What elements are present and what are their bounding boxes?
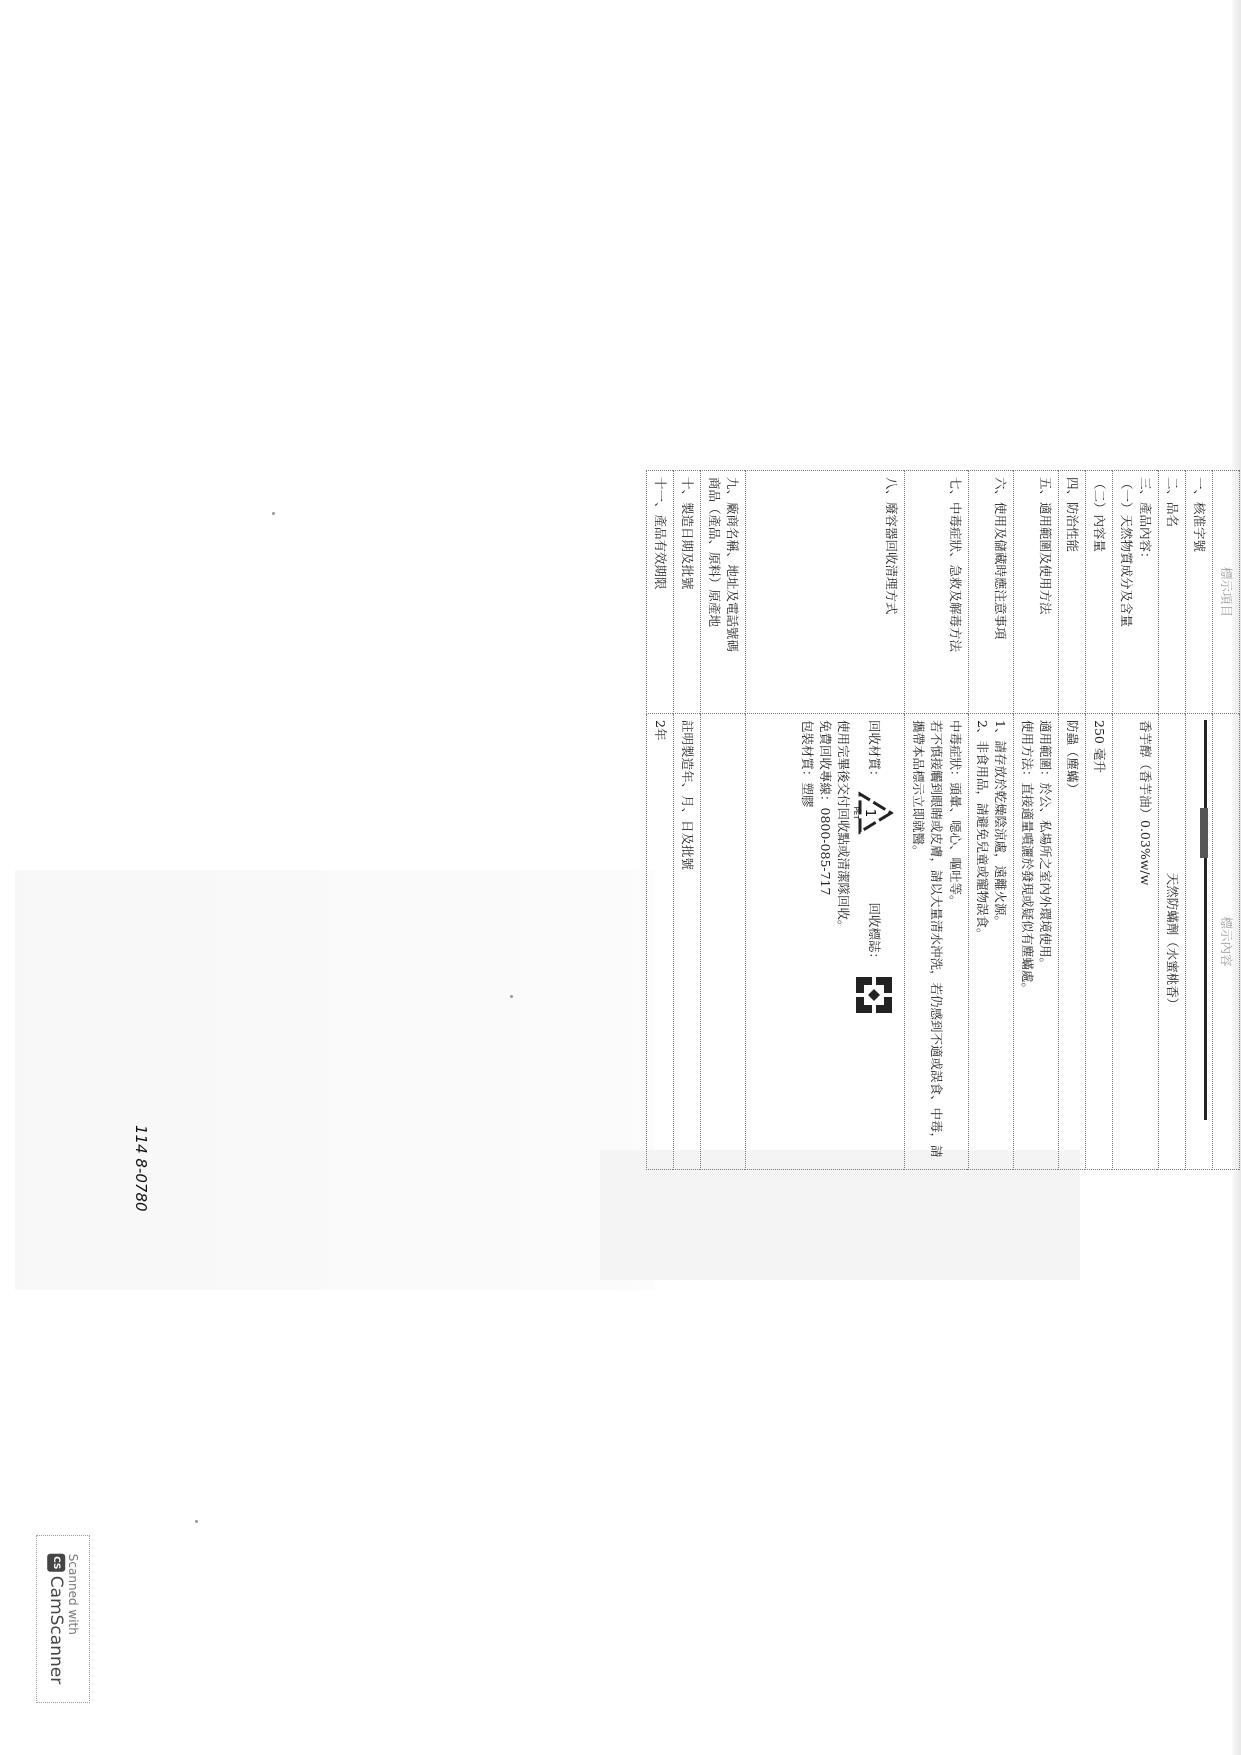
label-item: 三、產品內容：（一）天然物質成分及含量 — [1113, 471, 1158, 714]
camscanner-logo-icon: CS — [47, 1554, 65, 1572]
table-row: 十一、產品有效期限2年 — [646, 471, 673, 1170]
recycle-info: 回收材質：1PET回收標誌： — [852, 720, 896, 1163]
table-row: 九、廠商名稱、地址及電話號碼商品（產品、原料）原產地 — [701, 471, 746, 1170]
table-row: 一、核准字號 — [1185, 471, 1212, 1170]
label-content: 1、請存放於乾燥陰涼處，遠離火源。2、非食用品，請避免兒童或寵物誤食。 — [968, 714, 1013, 1170]
label-item: 二、品名 — [1158, 471, 1185, 714]
table-row: 五、適用範圍及使用方法適用範圍：於公、私場所之室內外環境使用。使用方法：直接適量… — [1013, 471, 1058, 1170]
svg-text:1: 1 — [862, 808, 877, 816]
label-item: 六、使用及儲藏時應注意事項 — [968, 471, 1013, 714]
svg-text:PET: PET — [854, 806, 860, 820]
label-item: 十、製造日期及批號 — [673, 471, 700, 714]
dust-speck — [195, 1520, 198, 1523]
table-row: 七、中毒症狀、急救及解毒方法中毒症狀：頭暈、噁心、嘔吐等。若不慎接觸到眼睛或皮膚… — [905, 471, 968, 1170]
table-row: 十、製造日期及批號註明製造年、月、日及批號 — [673, 471, 700, 1170]
label-content — [701, 714, 746, 1170]
label-content: 防蟲（塵蟎） — [1059, 714, 1086, 1170]
camscanner-badge: Scanned with CS CamScanner — [36, 1535, 90, 1703]
table-row: 四、防治性能防蟲（塵蟎） — [1059, 471, 1086, 1170]
label-content: 250 毫升 — [1086, 714, 1113, 1170]
dust-speck — [272, 512, 275, 515]
label-item: 七、中毒症狀、急救及解毒方法 — [905, 471, 968, 714]
label-item: 十一、產品有效期限 — [646, 471, 673, 714]
camscanner-brand: CamScanner — [46, 1576, 66, 1684]
label-content: 天然防蟎劑（水蜜桃香） — [1158, 714, 1185, 1170]
header-content: 標示內容 — [1212, 714, 1239, 1170]
label-item: 九、廠商名稱、地址及電話號碼商品（產品、原料）原產地 — [701, 471, 746, 714]
scanned-with-text: Scanned with — [66, 1554, 80, 1635]
label-table: 標示項目 標示內容 一、核准字號 二、品名天然防蟎劑（水蜜桃香）三、產品內容：（… — [646, 470, 1240, 1170]
header-item: 標示項目 — [1212, 471, 1239, 714]
table-row: （二）內容量250 毫升 — [1086, 471, 1113, 1170]
table-row: 八、廢容器回收清理方式回收材質：1PET回收標誌：使用完畢後交付回收點或清潔隊回… — [746, 471, 905, 1170]
label-item: 五、適用範圍及使用方法 — [1013, 471, 1058, 714]
recycle-material-label: 回收材質： — [865, 720, 883, 783]
label-document: 標示核定本 114. 9. 8 標示（本標示每一字體大小不得小於0.5公分，標示… — [450, 470, 1210, 1170]
label-item: 一、核准字號 — [1185, 471, 1212, 714]
table-row: 六、使用及儲藏時應注意事項1、請存放於乾燥陰涼處，遠離火源。2、非食用品，請避免… — [968, 471, 1013, 1170]
label-content — [1185, 714, 1212, 1170]
label-content: 回收材質：1PET回收標誌：使用完畢後交付回收點或清潔隊回收。免費回收專線：08… — [746, 714, 905, 1170]
label-item: 八、廢容器回收清理方式 — [746, 471, 905, 714]
table-row: 二、品名天然防蟎劑（水蜜桃香） — [1158, 471, 1185, 1170]
pet-recycle-icon: 1PET — [854, 791, 894, 835]
label-content: 中毒症狀：頭暈、噁心、嘔吐等。若不慎接觸到眼睛或皮膚，請以大量清水沖洗，若仍感到… — [905, 714, 968, 1170]
label-content: 香芋醇（香芋油）0.03%w/w — [1113, 714, 1158, 1170]
handwritten-note: 114 8-0780 — [132, 1125, 150, 1212]
recycling-mark-icon — [852, 973, 896, 1017]
label-content: 2年 — [646, 714, 673, 1170]
table-row: 三、產品內容：（一）天然物質成分及含量香芋醇（香芋油）0.03%w/w — [1113, 471, 1158, 1170]
label-content: 註明製造年、月、日及批號 — [673, 714, 700, 1170]
recycle-mark-label: 回收標誌： — [865, 903, 883, 966]
label-content: 適用範圍：於公、私場所之室內外環境使用。使用方法：直接適量噴灑於發現或疑似有塵蟎… — [1013, 714, 1058, 1170]
label-item: （二）內容量 — [1086, 471, 1113, 714]
label-item: 四、防治性能 — [1059, 471, 1086, 714]
